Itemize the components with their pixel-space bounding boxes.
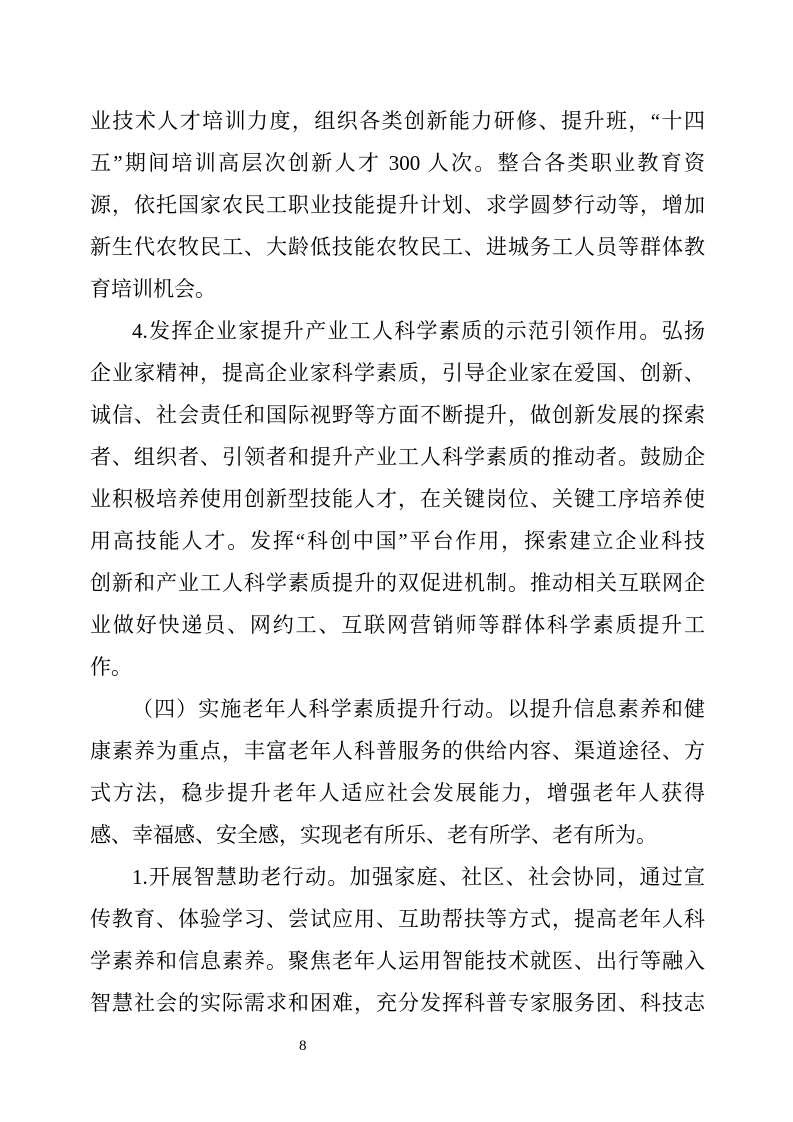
- text-line: （四）实施老年人科学素质提升行动。以提升信息素养和健: [90, 688, 705, 730]
- text-line: 康素养为重点，丰富老年人科普服务的供给内容、渠道途径、方: [90, 730, 705, 772]
- page-number: 8: [299, 1036, 307, 1056]
- text-line: 1.开展智慧助老行动。加强家庭、社区、社会协同，通过宣: [90, 856, 705, 898]
- paragraph: （四）实施老年人科学素质提升行动。以提升信息素养和健康素养为重点，丰富老年人科普…: [90, 688, 705, 856]
- document-body: 业技术人才培训力度，组织各类创新能力研修、提升班，“十四五”期间培训高层次创新人…: [90, 100, 705, 1024]
- text-line: 五”期间培训高层次创新人才 300 人次。整合各类职业教育资: [90, 142, 705, 184]
- text-line: 用高技能人才。发挥“科创中国”平台作用，探索建立企业科技: [90, 520, 705, 562]
- paragraph: 4.发挥企业家提升产业工人科学素质的示范引领作用。弘扬企业家精神，提高企业家科学…: [90, 310, 705, 688]
- text-line: 业做好快递员、网约工、互联网营销师等群体科学素质提升工: [90, 604, 705, 646]
- text-line: 业积极培养使用创新型技能人才，在关键岗位、关键工序培养使: [90, 478, 705, 520]
- text-line: 企业家精神，提高企业家科学素质，引导企业家在爱国、创新、: [90, 352, 705, 394]
- document-page: 业技术人才培训力度，组织各类创新能力研修、提升班，“十四五”期间培训高层次创新人…: [0, 0, 793, 1122]
- paragraph: 业技术人才培训力度，组织各类创新能力研修、提升班，“十四五”期间培训高层次创新人…: [90, 100, 705, 310]
- text-line: 新生代农牧民工、大龄低技能农牧民工、进城务工人员等群体教: [90, 226, 705, 268]
- text-line: 者、组织者、引领者和提升产业工人科学素质的推动者。鼓励企: [90, 436, 705, 478]
- text-line: 智慧社会的实际需求和困难，充分发挥科普专家服务团、科技志: [90, 982, 705, 1024]
- text-line: 育培训机会。: [90, 268, 705, 310]
- text-line: 感、幸福感、安全感，实现老有所乐、老有所学、老有所为。: [90, 814, 705, 856]
- text-line: 创新和产业工人科学素质提升的双促进机制。推动相关互联网企: [90, 562, 705, 604]
- text-line: 诚信、社会责任和国际视野等方面不断提升，做创新发展的探索: [90, 394, 705, 436]
- text-line: 学素养和信息素养。聚焦老年人运用智能技术就医、出行等融入: [90, 940, 705, 982]
- text-line: 业技术人才培训力度，组织各类创新能力研修、提升班，“十四: [90, 100, 705, 142]
- text-line: 4.发挥企业家提升产业工人科学素质的示范引领作用。弘扬: [90, 310, 705, 352]
- text-line: 作。: [90, 646, 705, 688]
- paragraph: 1.开展智慧助老行动。加强家庭、社区、社会协同，通过宣传教育、体验学习、尝试应用…: [90, 856, 705, 1024]
- text-line: 源，依托国家农民工职业技能提升计划、求学圆梦行动等，增加: [90, 184, 705, 226]
- text-line: 式方法，稳步提升老年人适应社会发展能力，增强老年人获得: [90, 772, 705, 814]
- text-line: 传教育、体验学习、尝试应用、互助帮扶等方式，提高老年人科: [90, 898, 705, 940]
